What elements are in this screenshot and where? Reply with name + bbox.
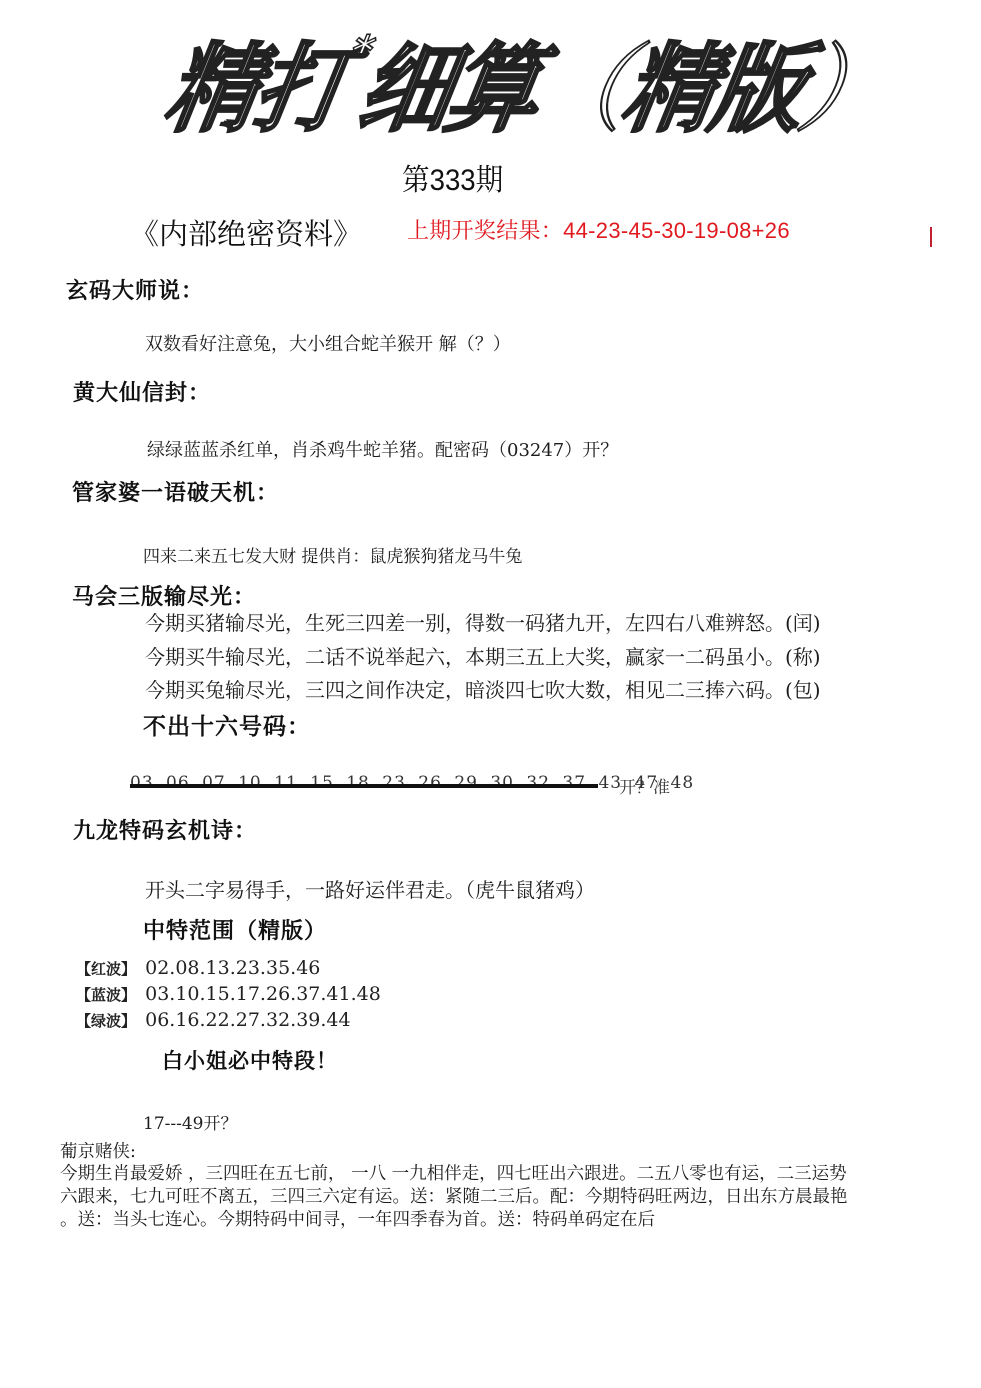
section-title-buchu: 不出十六号码： xyxy=(143,708,311,741)
section-line-xuanma: 双数看好注意兔，大小组合蛇羊猴开 解（？） xyxy=(145,330,511,356)
mahui-line: 今期买兔输尽光，三四之间作决定，暗淡四七吹大数，相见二三捧六码。(包) xyxy=(145,674,821,703)
section-title-jiulong: 九龙特码玄机诗： xyxy=(73,814,257,845)
section-title-guanjiapo: 管家婆一语破天机： xyxy=(72,476,279,507)
last-result: 上期开奖结果：44-23-45-30-19-08+26 xyxy=(407,214,790,245)
wave-label: 【蓝波】 xyxy=(76,986,136,1004)
pujing-line: 今期生肖最爱娇 ，三四旺在五七前， 一八 一九相伴走，四七旺出六跟进。二五八零也… xyxy=(60,1163,930,1186)
wave-row-red: 【红波】 02.08.13.23.35.46 xyxy=(76,957,320,979)
section-title-xuanma: 玄码大师说： xyxy=(66,274,204,305)
mahui-line: 今期买牛输尽光，二话不说举起六，本期三五上大奖，赢家一二码虽小。(称) xyxy=(145,641,821,670)
section-line-jiulong: 开头二字易得手，一路好运伴君走。（虎牛鼠猪鸡） xyxy=(145,874,595,903)
issue-number: 第333期 xyxy=(402,155,503,199)
wave-label: 【绿波】 xyxy=(76,1012,136,1030)
secret-title: 《内部绝密资料》 xyxy=(130,212,362,253)
section-line-bai: 17---49开？ xyxy=(143,1109,238,1134)
section-title-range: 中特范围（精版） xyxy=(143,914,327,945)
mahui-line: 今期买猪输尽光，生死三四差一别，得数一码猪九开，左四右八难辨怒。(闰) xyxy=(145,607,821,636)
wave-numbers: 02.08.13.23.35.46 xyxy=(145,957,320,979)
wave-row-green: 【绿波】 06.16.22.27.32.39.44 xyxy=(76,1009,351,1031)
wave-numbers: 06.16.22.27.32.39.44 xyxy=(145,1009,350,1031)
excluded-note: 开？准 xyxy=(619,773,670,798)
last-result-numbers: 44-23-45-30-19-08+26 xyxy=(563,218,790,243)
section-title-pujing: 葡京赌侠: xyxy=(60,1138,136,1163)
banner-title: 精 打 * 细 算 （ 精 版 ） xyxy=(175,24,795,136)
pujing-line: 六跟来，七九可旺不离五，三四三六定有运。送：紧随二三后。配：今期特码旺两边，日出… xyxy=(60,1186,930,1209)
red-divider xyxy=(930,227,932,247)
section-title-bai: 白小姐必中特段！ xyxy=(162,1045,338,1075)
wave-numbers: 03.10.15.17.26.37.41.48 xyxy=(145,983,381,1005)
pujing-line: 。送：当头七连心。今期特码中间寻，一年四季春为首。送：特码单码定在后 xyxy=(60,1209,930,1232)
pujing-text: 今期生肖最爱娇 ，三四旺在五七前， 一八 一九相伴走，四七旺出六跟进。二五八零也… xyxy=(60,1163,930,1232)
excluded-numbers: 03 06 07 10 11 15 18 23 26 29 30 32 37 4… xyxy=(130,773,694,793)
strikethrough-line xyxy=(130,784,598,788)
section-title-huangdaxian: 黄大仙信封： xyxy=(73,376,211,407)
last-result-label: 上期开奖结果： xyxy=(407,218,563,243)
section-line-huangdaxian: 绿绿蓝蓝杀红单，肖杀鸡牛蛇羊猪。配密码（03247）开？ xyxy=(147,436,618,462)
wave-label: 【红波】 xyxy=(76,960,136,978)
wave-row-blue: 【蓝波】 03.10.15.17.26.37.41.48 xyxy=(76,983,381,1005)
section-line-guanjiapo: 四来二来五七发大财 提供肖：鼠虎猴狗猪龙马牛兔 xyxy=(143,542,522,567)
